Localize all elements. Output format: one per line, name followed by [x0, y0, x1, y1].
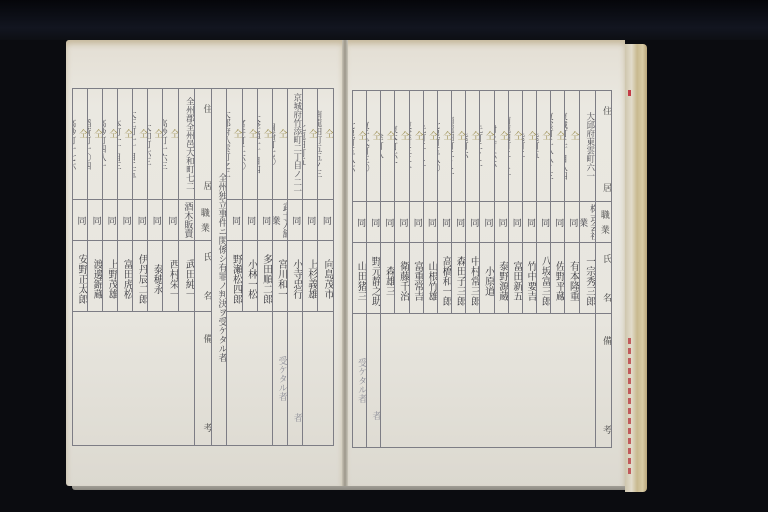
cell: 同	[103, 200, 118, 241]
header-residence: 住居	[195, 89, 212, 200]
cell: 同	[133, 200, 148, 241]
cell: 同	[508, 202, 522, 243]
remarks-row: 受ケタル者 者 備考	[353, 314, 612, 448]
cell: 仝高砂町一七六	[73, 89, 88, 200]
cell: 中村常三郎	[466, 243, 480, 314]
cell: 竹中要吉	[522, 243, 536, 314]
cell: 大邱府東雲町六一	[579, 91, 595, 202]
cell: 同	[353, 202, 367, 243]
cell: 小原道	[480, 243, 494, 314]
cell: 多田順二郎	[257, 241, 272, 312]
cell: 同	[494, 202, 508, 243]
cell: 仝南龍田町五五ノ三	[317, 89, 333, 200]
cell: 仝大邱府八雲町之二	[227, 89, 242, 200]
remarks-row: 備考 受ケタル者 者	[73, 312, 334, 446]
cell: 同	[287, 200, 302, 241]
cell: 同	[409, 202, 423, 243]
cell: 仝大学通一丁目四	[257, 89, 272, 200]
cell: 同	[367, 202, 381, 243]
cell: 向島茂市	[317, 241, 333, 312]
remarks-pencil: 者	[287, 312, 302, 446]
cell: 仝村上町六六	[494, 91, 508, 202]
cell: 酒木販賣	[179, 200, 195, 241]
cell: 小寺忠行	[287, 241, 302, 312]
cell: 有本隆重	[565, 243, 579, 314]
cell: 同	[537, 202, 551, 243]
cell: 武士入舗業	[272, 200, 287, 241]
cell: 上杉義雄	[302, 241, 317, 312]
cell: 武田純一	[179, 241, 195, 312]
cell: 仝南龍田町二ノ二	[452, 91, 466, 202]
cell: 山田猪三	[353, 243, 367, 314]
cell: 京城府竹添町二丁目ノ二一	[287, 89, 302, 200]
remarks-blank	[73, 312, 195, 446]
cell: 仝大正町一丁目二五	[133, 89, 148, 200]
cell: 仝元町二ノ二	[480, 91, 494, 202]
cell: 仝七星町五八六	[353, 91, 367, 202]
cell: 同	[437, 202, 451, 243]
cell: 仝大和町六三	[148, 89, 163, 200]
cell: 西村栄一	[163, 241, 179, 312]
cell: 森田子三郎	[452, 243, 466, 314]
header-occupation: 職業	[195, 200, 212, 241]
cell: 佐野平蔵	[551, 243, 565, 314]
cell: 仝東雲町二八八ノ三	[551, 91, 565, 202]
cell: 仝宮井町二六〇	[242, 89, 257, 200]
cell: 野元静之助	[367, 243, 381, 314]
occupation-row: 同 同 同 同 同 同 同 同 同 同 同 同 同 同 同 同 株式会社業 職業	[353, 202, 612, 243]
cell: 同	[565, 202, 579, 243]
remarks-pencil: 受ケタル者	[272, 312, 287, 446]
cell: 仝東雲町三二一	[409, 91, 423, 202]
note-column: 全州独立事件ニ関係シ有罪ノ判決ヲ受ケタル者	[212, 89, 227, 446]
cell: 森雄三	[381, 243, 395, 314]
cell: 同	[257, 200, 272, 241]
cell: 仝東千代町三〇	[367, 91, 381, 202]
cell: 仝稲荷町一〇四	[88, 89, 103, 200]
red-marks	[628, 338, 631, 478]
cell: 仝本町一丁目三	[118, 89, 133, 200]
cell: 同	[423, 202, 437, 243]
cell: 同	[551, 202, 565, 243]
cell: 安野正太郎	[73, 241, 88, 312]
right-register-table: 仝七星町五八六 仝東千代町三〇 仝幸町八 仝東本町六一 仝東雲町三二一 仝元町二…	[352, 90, 612, 448]
name-row: 安野正太郎 渡邊錦蔵 上野茂雄 富田虎松 伊丹辰二郎 泰穂永 西村栄一 武田純一…	[73, 241, 334, 312]
cell: 仝高砂町一六三	[163, 89, 179, 200]
header-name: 氏名	[195, 241, 212, 312]
residence-row: 仝七星町五八六 仝東千代町三〇 仝幸町八 仝東本町六一 仝東雲町三二一 仝元町二…	[353, 91, 612, 202]
header-residence: 住居	[595, 91, 611, 202]
remarks-blank	[381, 314, 595, 448]
cell: 小林一松	[242, 241, 257, 312]
cell: 富田虎松	[118, 241, 133, 312]
cell: 仝元町二ノ二	[423, 91, 437, 202]
cell: 伊丹辰二郎	[133, 241, 148, 312]
header-name: 氏名	[595, 243, 611, 314]
cell: 同	[242, 200, 257, 241]
cell: 同	[395, 202, 409, 243]
remarks-blank	[302, 312, 333, 446]
header-occupation: 職業	[595, 202, 611, 243]
cell: 同	[480, 202, 494, 243]
cell: 仝幸町八	[381, 91, 395, 202]
cell: 一宗秀三郎	[579, 243, 595, 314]
cell: 仝紫町二	[522, 91, 536, 202]
occupation-row: 同 同 同 同 同 同 同 酒木販賣 職業 同 同 同 武士入舗業 同 同 同	[73, 200, 334, 241]
cell: 上野茂雄	[103, 241, 118, 312]
cell: 衛藤千治	[395, 243, 409, 314]
cell: 仝北龍田町五	[302, 89, 317, 200]
cell: 同	[522, 202, 536, 243]
header-remarks: 備考	[195, 312, 212, 446]
cell: 同	[452, 202, 466, 243]
name-row: 山田猪三 野元静之助 森雄三 衛藤千治 富重常吉 山根竹雄 高橋和一郎 森田子三…	[353, 243, 612, 314]
cell: 同	[302, 200, 317, 241]
cell: 株式会社業	[579, 202, 595, 243]
cell: 仝岡崎町七〇	[272, 89, 287, 200]
cell: 同	[148, 200, 163, 241]
cell: 仝南龍田町二ノ五	[508, 91, 522, 202]
red-mark	[628, 90, 631, 96]
cell: 仝東本町六一	[395, 91, 409, 202]
cell: 同	[317, 200, 333, 241]
remarks-pencil: 者	[367, 314, 381, 448]
cell: 仝東城町二丁目八四	[565, 91, 579, 202]
cell: 同	[227, 200, 242, 241]
book-gutter	[342, 40, 348, 486]
cell: 全州郡全州邑大和町七二	[179, 89, 195, 200]
cell: 仝紫町六	[466, 91, 480, 202]
cell: 同	[88, 200, 103, 241]
cell: 渡邊錦蔵	[88, 241, 103, 312]
cell: 八坂富三郎	[537, 243, 551, 314]
cell: 同	[73, 200, 88, 241]
cell: 高橋和一郎	[437, 243, 451, 314]
remarks-blank	[227, 312, 272, 446]
remarks-pencil: 受ケタル者	[353, 314, 367, 448]
cell: 泰野源蔵	[494, 243, 508, 314]
cell: 泰穂永	[148, 241, 163, 312]
cell: 仝七星町五八〇	[437, 91, 451, 202]
cell: 仝高砂町四八一	[103, 89, 118, 200]
cell: 富重常吉	[409, 243, 423, 314]
cell: 野瀬松四郎	[227, 241, 242, 312]
left-register-table: 仝高砂町一七六 仝稲荷町一〇四 仝高砂町四八一 仝本町一丁目三 仝大正町一丁目二…	[72, 88, 334, 446]
cell: 同	[381, 202, 395, 243]
cell: 同	[466, 202, 480, 243]
residence-row: 仝高砂町一七六 仝稲荷町一〇四 仝高砂町四八一 仝本町一丁目三 仝大正町一丁目二…	[73, 89, 334, 200]
cell: 山根竹雄	[423, 243, 437, 314]
cell: 仝紫町五	[537, 91, 551, 202]
header-remarks: 備考	[595, 314, 611, 448]
background	[0, 0, 768, 40]
cell: 宮川和一	[272, 241, 287, 312]
cell: 同	[163, 200, 179, 241]
cell: 富田新五	[508, 243, 522, 314]
cell: 同	[118, 200, 133, 241]
